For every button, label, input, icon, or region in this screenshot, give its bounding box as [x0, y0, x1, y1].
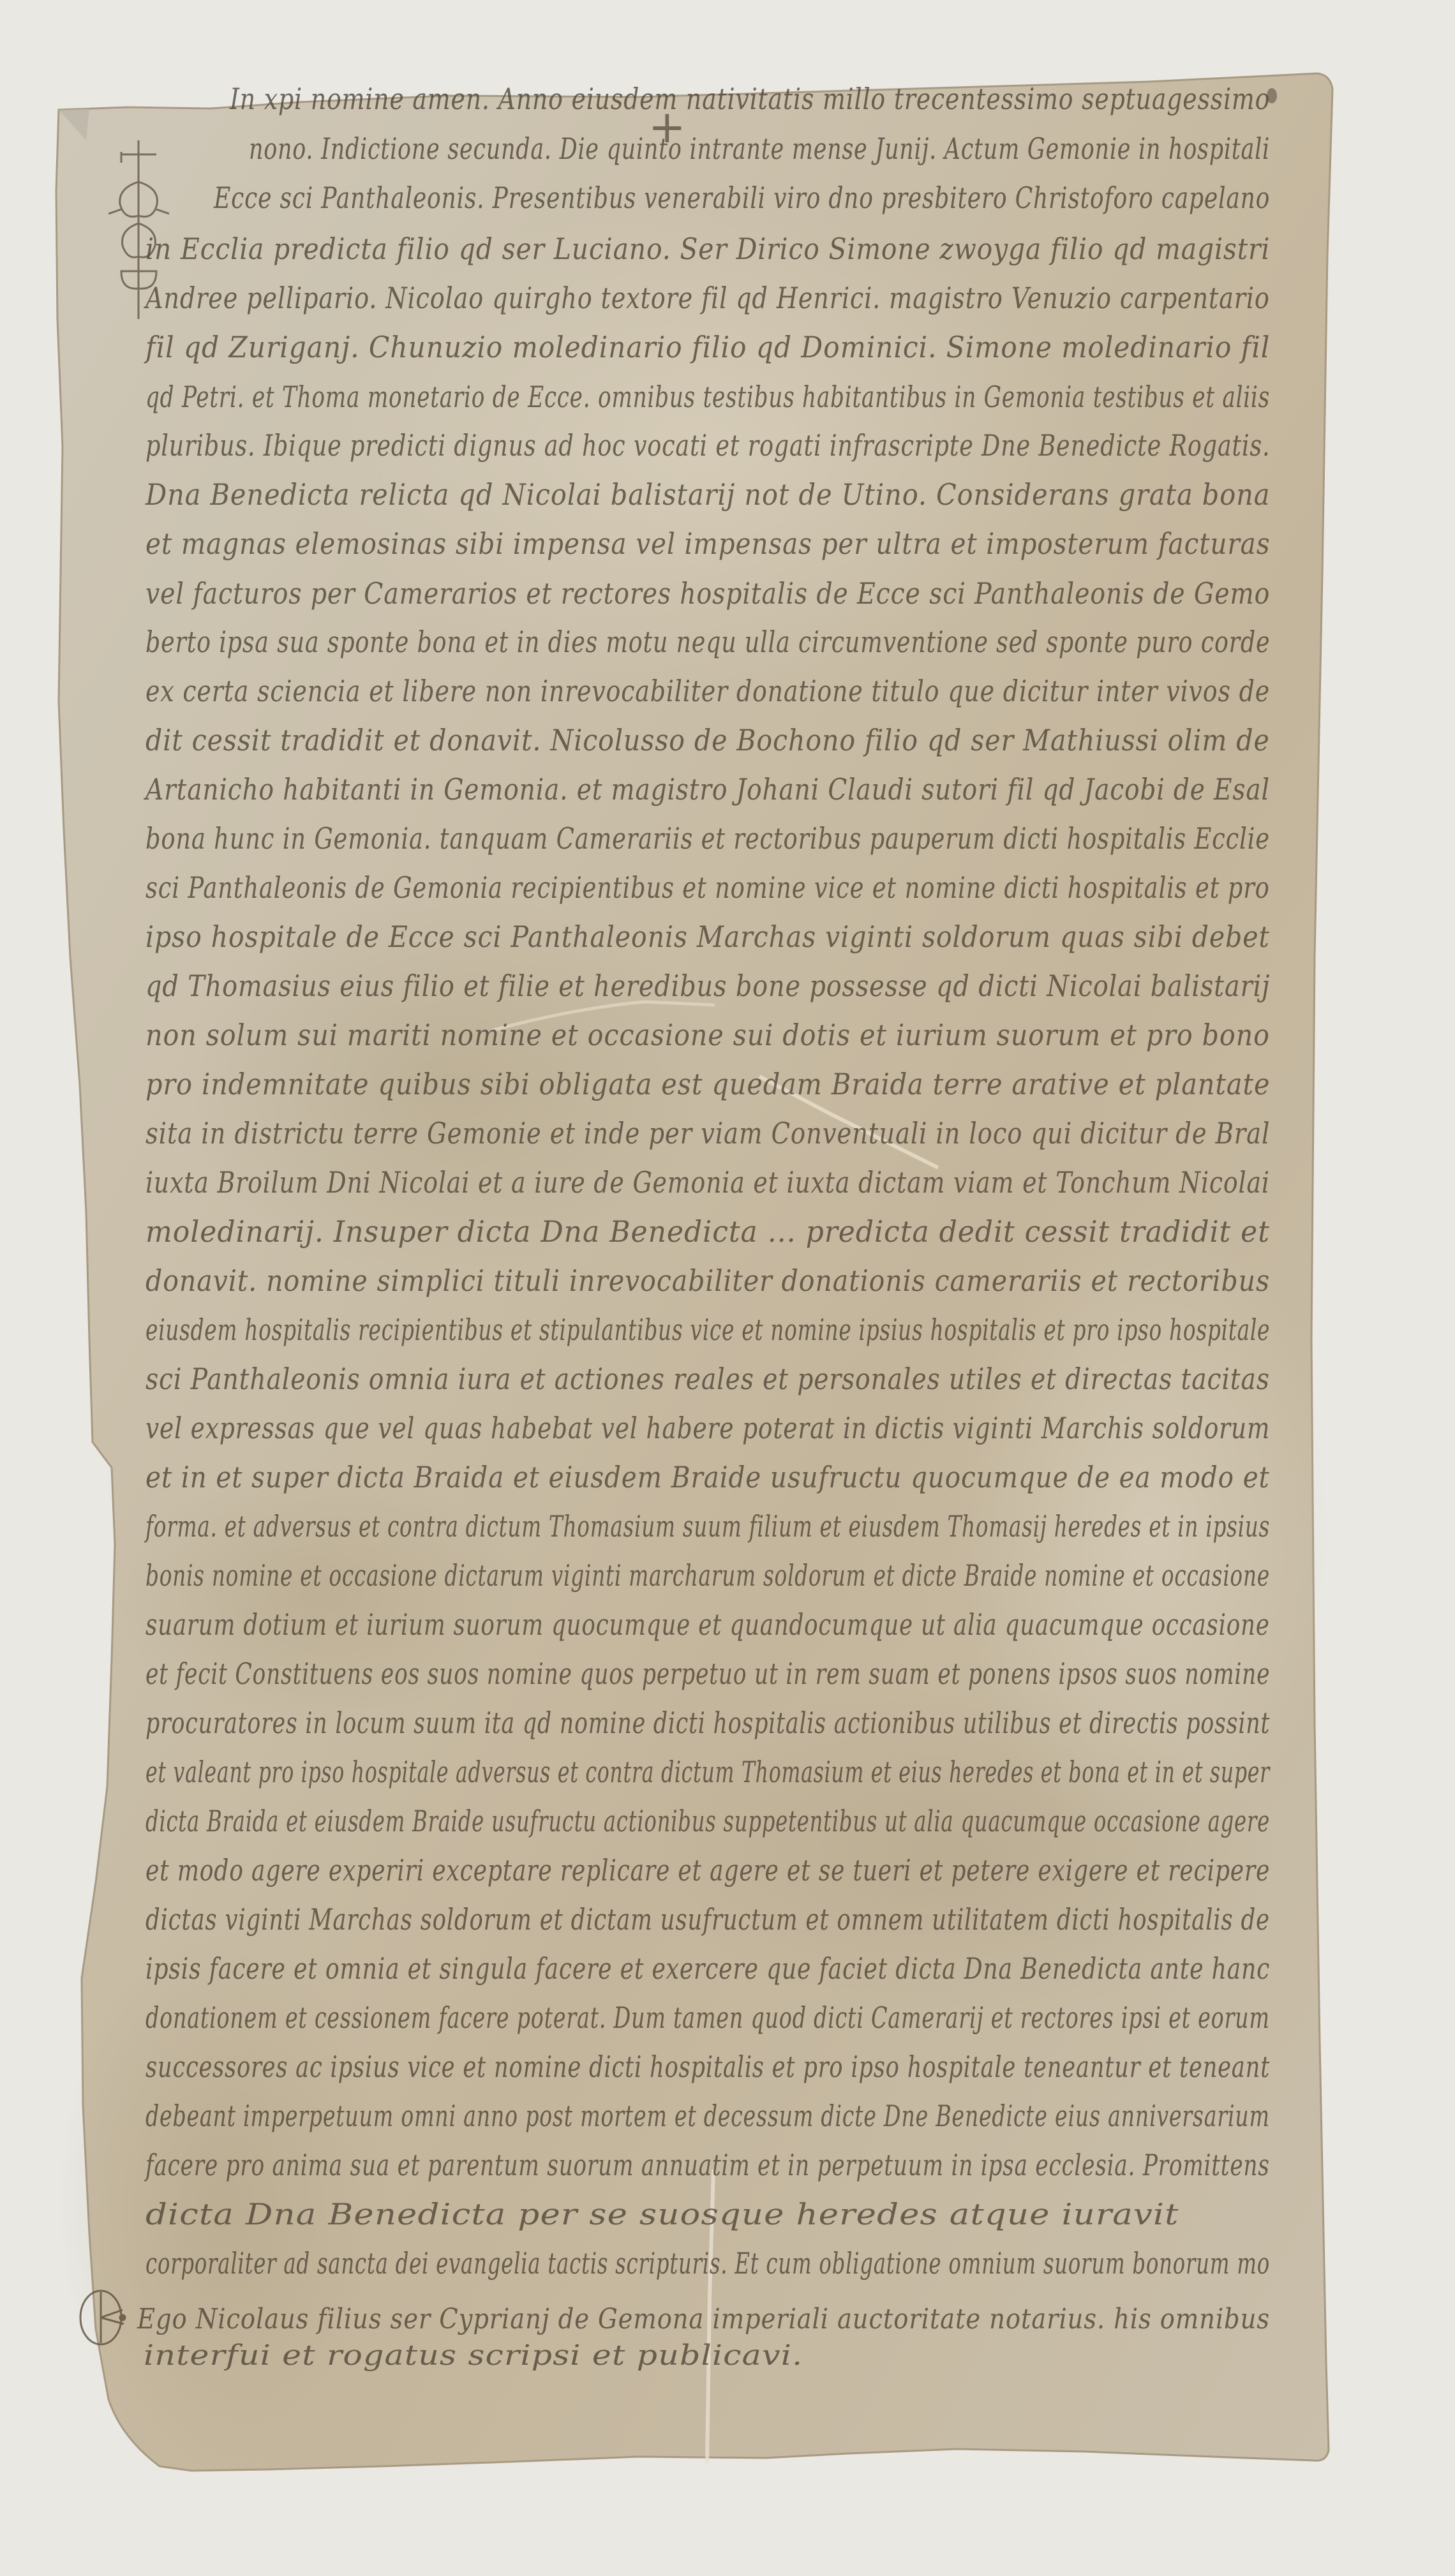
text-line: facere pro anima sua et parentum suorum …: [145, 2146, 1270, 2184]
text-line: corporaliter ad sancta dei evangelia tac…: [145, 2244, 1270, 2282]
text-line: qd Thomasius eius filio et filie et here…: [145, 967, 1270, 1005]
text-line: ex certa sciencia et libere non inrevoca…: [145, 672, 1270, 710]
text-line: eiusdem hospitalis recipientibus et stip…: [145, 1311, 1270, 1349]
text-line: fil qd Zuriganj. Chunuzio moledinario fi…: [145, 328, 1270, 366]
text-line: Andree pellipario. Nicolao quirgho texto…: [145, 279, 1270, 317]
text-line: donavit. nomine simplici tituli inrevoca…: [145, 1262, 1270, 1300]
notary-signum-icon: [69, 2284, 139, 2357]
text-line: debeant imperpetuum omni anno post morte…: [145, 2097, 1270, 2135]
text-line: pro indemnitate quibus sibi obligata est…: [145, 1065, 1270, 1103]
text-line: et modo agere experiri exceptare replica…: [145, 1851, 1270, 1889]
text-line: ipsis facere et omnia et singula facere …: [145, 1949, 1270, 1988]
text-line: moledinarij. Insuper dicta Dna Benedicta…: [145, 1212, 1270, 1251]
notary-subscription-line-2: interfui et rogatus scripsi et publicavi…: [144, 2337, 803, 2375]
text-line: ipso hospitale de Ecce sci Panthaleonis …: [145, 918, 1270, 956]
text-line: bona hunc in Gemonia. tanquam Camerariis…: [145, 819, 1270, 858]
text-line: et in et super dicta Braida et eiusdem B…: [145, 1458, 1270, 1496]
text-line: vel facturos per Camerarios et rectores …: [145, 574, 1270, 613]
notary-subscription-line-1: Ego Nicolaus filius ser Cyprianj de Gemo…: [137, 2300, 1270, 2339]
text-line: pluribus. Ibique predicti dignus ad hoc …: [145, 426, 1270, 465]
text-line: bonis nomine et occasione dictarum vigin…: [145, 1556, 1270, 1595]
text-line: Dna Benedicta relicta qd Nicolai balista…: [145, 475, 1270, 514]
text-line: sita in districtu terre Gemonie et inde …: [145, 1114, 1270, 1152]
text-line: in Ecclia predicta filio qd ser Luciano.…: [145, 230, 1270, 268]
text-line: forma. et adversus et contra dictum Thom…: [145, 1507, 1270, 1545]
text-line: dicta Dna Benedicta per se suosque hered…: [145, 2195, 1179, 2233]
text-line: sci Panthaleonis de Gemonia recipientibu…: [145, 868, 1270, 907]
charter-body: In xpi nomine amen. Anno eiusdem nativit…: [0, 0, 1455, 2576]
text-line: dit cessit tradidit et donavit. Nicoluss…: [145, 721, 1270, 759]
text-line: et magnas elemosinas sibi impensa vel im…: [145, 525, 1270, 563]
text-line: donationem et cessionem facere poterat. …: [145, 1999, 1270, 2037]
text-line: et fecit Constituens eos suos nomine quo…: [145, 1655, 1270, 1693]
text-line: Artanicho habitanti in Gemonia. et magis…: [145, 770, 1270, 808]
text-line: et valeant pro ipso hospitale adversus e…: [145, 1753, 1270, 1791]
text-line: berto ipsa sua sponte bona et in dies mo…: [145, 623, 1270, 661]
text-line: procuratores in locum suum ita qd nomine…: [145, 1704, 1270, 1742]
text-line: Ecce sci Panthaleonis. Presentibus vener…: [214, 179, 1270, 217]
text-line: In xpi nomine amen. Anno eiusdem nativit…: [230, 80, 1091, 118]
text-line: iuxta Broilum Dni Nicolai et a iure de G…: [145, 1163, 1270, 1202]
text-line: suarum dotium et iurium suorum quocumque…: [145, 1605, 1270, 1644]
text-line: dictas viginti Marchas soldorum et dicta…: [145, 1900, 1270, 1939]
text-line: non solum sui mariti nomine et occasione…: [145, 1016, 1270, 1054]
text-line: dicta Braida et eiusdem Braide usufructu…: [145, 1802, 1270, 1840]
text-line: successores ac ipsius vice et nomine dic…: [145, 2048, 1270, 2086]
text-line: nono. Indictione secunda. Die quinto int…: [249, 130, 1270, 168]
text-line: vel expressas que vel quas habebat vel h…: [145, 1409, 1270, 1447]
text-line: sci Panthaleonis omnia iura et actiones …: [145, 1360, 1270, 1398]
text-line: qd Petri. et Thoma monetario de Ecce. om…: [145, 378, 1270, 416]
